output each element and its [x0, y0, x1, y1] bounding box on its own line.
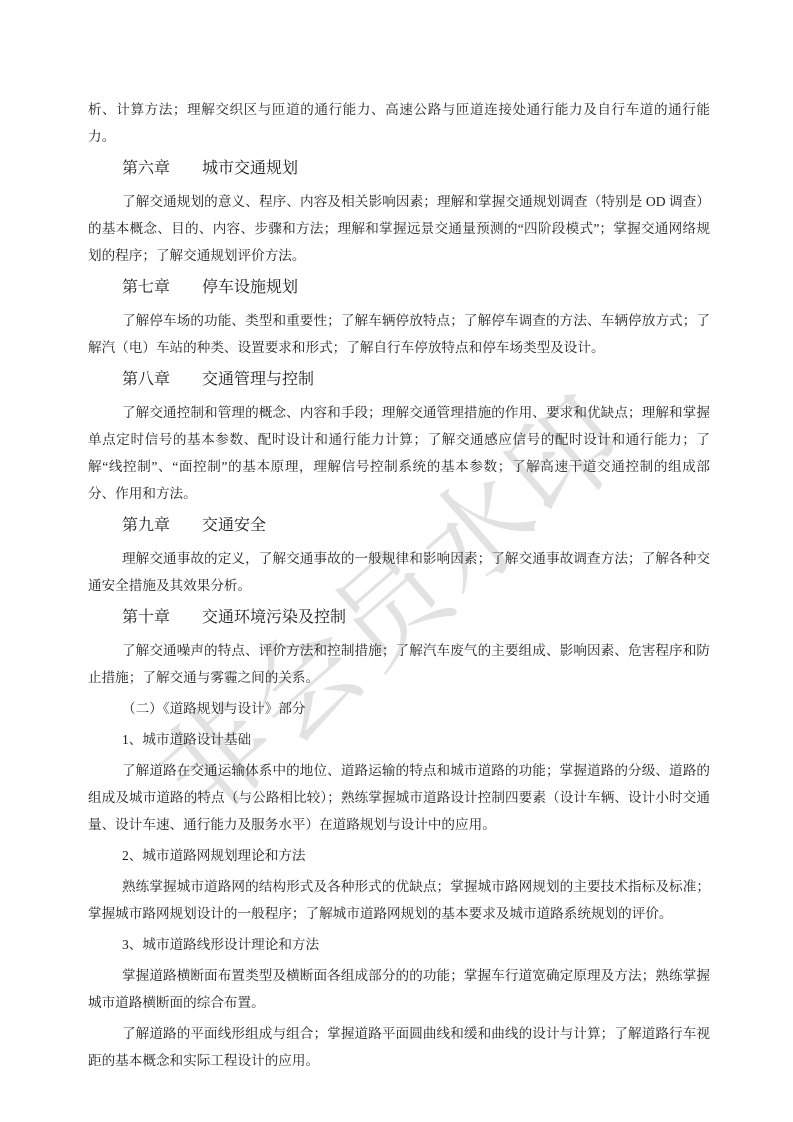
chapter-heading: 第八章 交通管理与控制: [88, 365, 710, 395]
section-heading: （二）《道路规划与设计》部分: [88, 695, 710, 722]
body-paragraph: 了解停车场的功能、类型和重要性；了解车辆停放特点；了解停车调查的方法、车辆停放方…: [88, 307, 710, 361]
chapter-heading: 第九章 交通安全: [88, 511, 710, 541]
body-paragraph: 掌握道路横断面布置类型及横断面各组成部分的的功能；掌握车行道宽确定原理及方法；熟…: [88, 962, 710, 1016]
topic-heading: 1、城市道路设计基础: [88, 726, 710, 753]
body-paragraph: 熟练掌握城市道路网的结构形式及各种形式的优缺点；掌握城市路网规划的主要技术指标及…: [88, 873, 710, 927]
topic-heading: 3、城市道路线形设计理论和方法: [88, 931, 710, 958]
body-paragraph: 了解道路在交通运输体系中的地位、道路运输的特点和城市道路的功能；掌握道路的分级、…: [88, 757, 710, 838]
body-paragraph: 了解交通规划的意义、程序、内容及相关影响因素；理解和掌握交通规划调查（特别是 O…: [88, 188, 710, 269]
topic-heading: 2、城市道路网规划理论和方法: [88, 842, 710, 869]
body-paragraph: 了解交通噪声的特点、评价方法和控制措施；了解汽车废气的主要组成、影响因素、危害程…: [88, 637, 710, 691]
body-paragraph: 了解交通控制和管理的概念、内容和手段；理解交通管理措施的作用、要求和优缺点；理解…: [88, 399, 710, 507]
document-page: 非会员水印 析、计算方法；理解交织区与匝道的通行能力、高速公路与匝道连接处通行能…: [0, 0, 793, 1122]
body-paragraph: 了解道路的平面线形组成与组合；掌握道路平面圆曲线和缓和曲线的设计与计算；了解道路…: [88, 1020, 710, 1074]
paragraph-continuation: 析、计算方法；理解交织区与匝道的通行能力、高速公路与匝道连接处通行能力及自行车道…: [88, 96, 710, 150]
body-paragraph: 理解交通事故的定义，了解交通事故的一般规律和影响因素；了解交通事故调查方法；了解…: [88, 545, 710, 599]
chapter-heading: 第六章 城市交通规划: [88, 154, 710, 184]
chapter-heading: 第十章 交通环境污染及控制: [88, 603, 710, 633]
document-content: 析、计算方法；理解交织区与匝道的通行能力、高速公路与匝道连接处通行能力及自行车道…: [88, 0, 710, 1074]
chapter-heading: 第七章 停车设施规划: [88, 273, 710, 303]
